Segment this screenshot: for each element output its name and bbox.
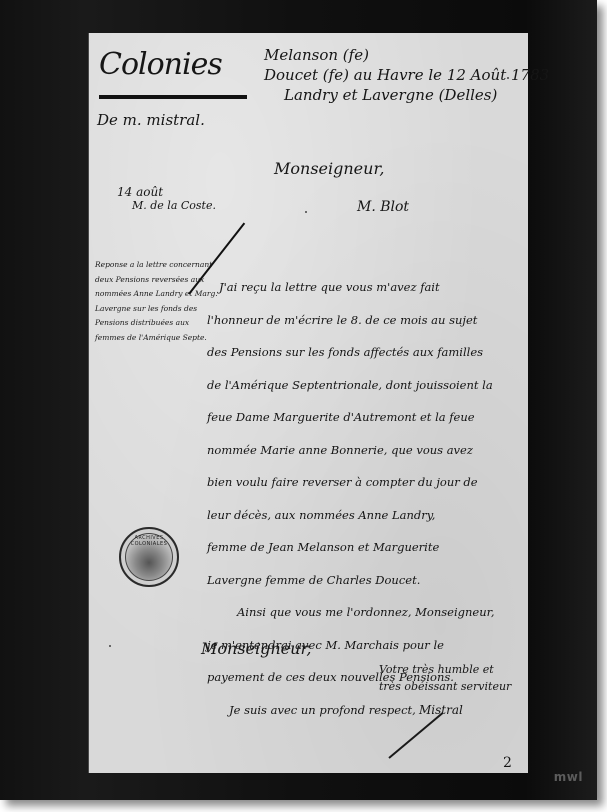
stamp-label: ARCHIVES COLONIALES: [129, 535, 169, 547]
salutation: Monseigneur,: [274, 159, 384, 178]
sender-line: De m. mistral.: [97, 111, 205, 129]
title-underline: [99, 95, 247, 99]
letter-page: Colonies De m. mistral. Melanson (fe) Do…: [88, 33, 528, 773]
body-line: femme de Jean Melanson et Marguerite: [207, 531, 527, 564]
body-line: J'ai reçu la lettre que vous m'avez fait: [207, 271, 527, 304]
recipient-note: M. de la Coste.: [132, 199, 216, 212]
addressee-note: M. Blot: [357, 199, 409, 215]
sign-off-line: Votre très humble et: [379, 661, 511, 678]
document-title: Colonies: [99, 47, 222, 82]
subject-name: Melanson (fe): [264, 45, 549, 65]
body-line: Ainsi que vous me l'ordonnez, Monseigneu…: [207, 596, 527, 629]
body-line: Lavergne femme de Charles Doucet.: [207, 564, 527, 597]
subject-name: Doucet (fe) au Havre le 12 Août 1783: [264, 65, 549, 85]
body-line: des Pensions sur les fonds affectés aux …: [207, 336, 527, 369]
watermark: mwl: [554, 770, 583, 784]
page-number: 2: [503, 755, 512, 771]
body-line: Je suis avec un profond respect,: [207, 694, 527, 727]
body-line: leur décès, aux nommées Anne Landry,: [207, 499, 527, 532]
sign-off-line: très obéissant serviteur: [379, 678, 511, 695]
archival-scan: Colonies De m. mistral. Melanson (fe) Do…: [0, 0, 597, 800]
body-line: bien voulu faire reverser à compter du j…: [207, 466, 527, 499]
body-line: de l'Amérique Septentrionale, dont jouis…: [207, 369, 527, 402]
ink-speck: [109, 645, 111, 647]
closing-sign-off: Votre très humble et très obéissant serv…: [379, 661, 511, 695]
archive-stamp-icon: ARCHIVES COLONIALES: [119, 527, 179, 587]
body-line: nommée Marie anne Bonnerie, que vous ave…: [207, 434, 527, 467]
ink-speck: [507, 77, 509, 79]
closing-salutation: Monseigneur,: [201, 639, 311, 658]
body-line: feue Dame Marguerite d'Autremont et la f…: [207, 401, 527, 434]
body-line: l'honneur de m'écrire le 8. de ce mois a…: [207, 304, 527, 337]
subject-names: Melanson (fe) Doucet (fe) au Havre le 12…: [264, 45, 549, 105]
date-note: 14 août: [117, 185, 163, 199]
ink-speck: [305, 211, 307, 213]
subject-name: Landry et Lavergne (Delles): [264, 85, 549, 105]
